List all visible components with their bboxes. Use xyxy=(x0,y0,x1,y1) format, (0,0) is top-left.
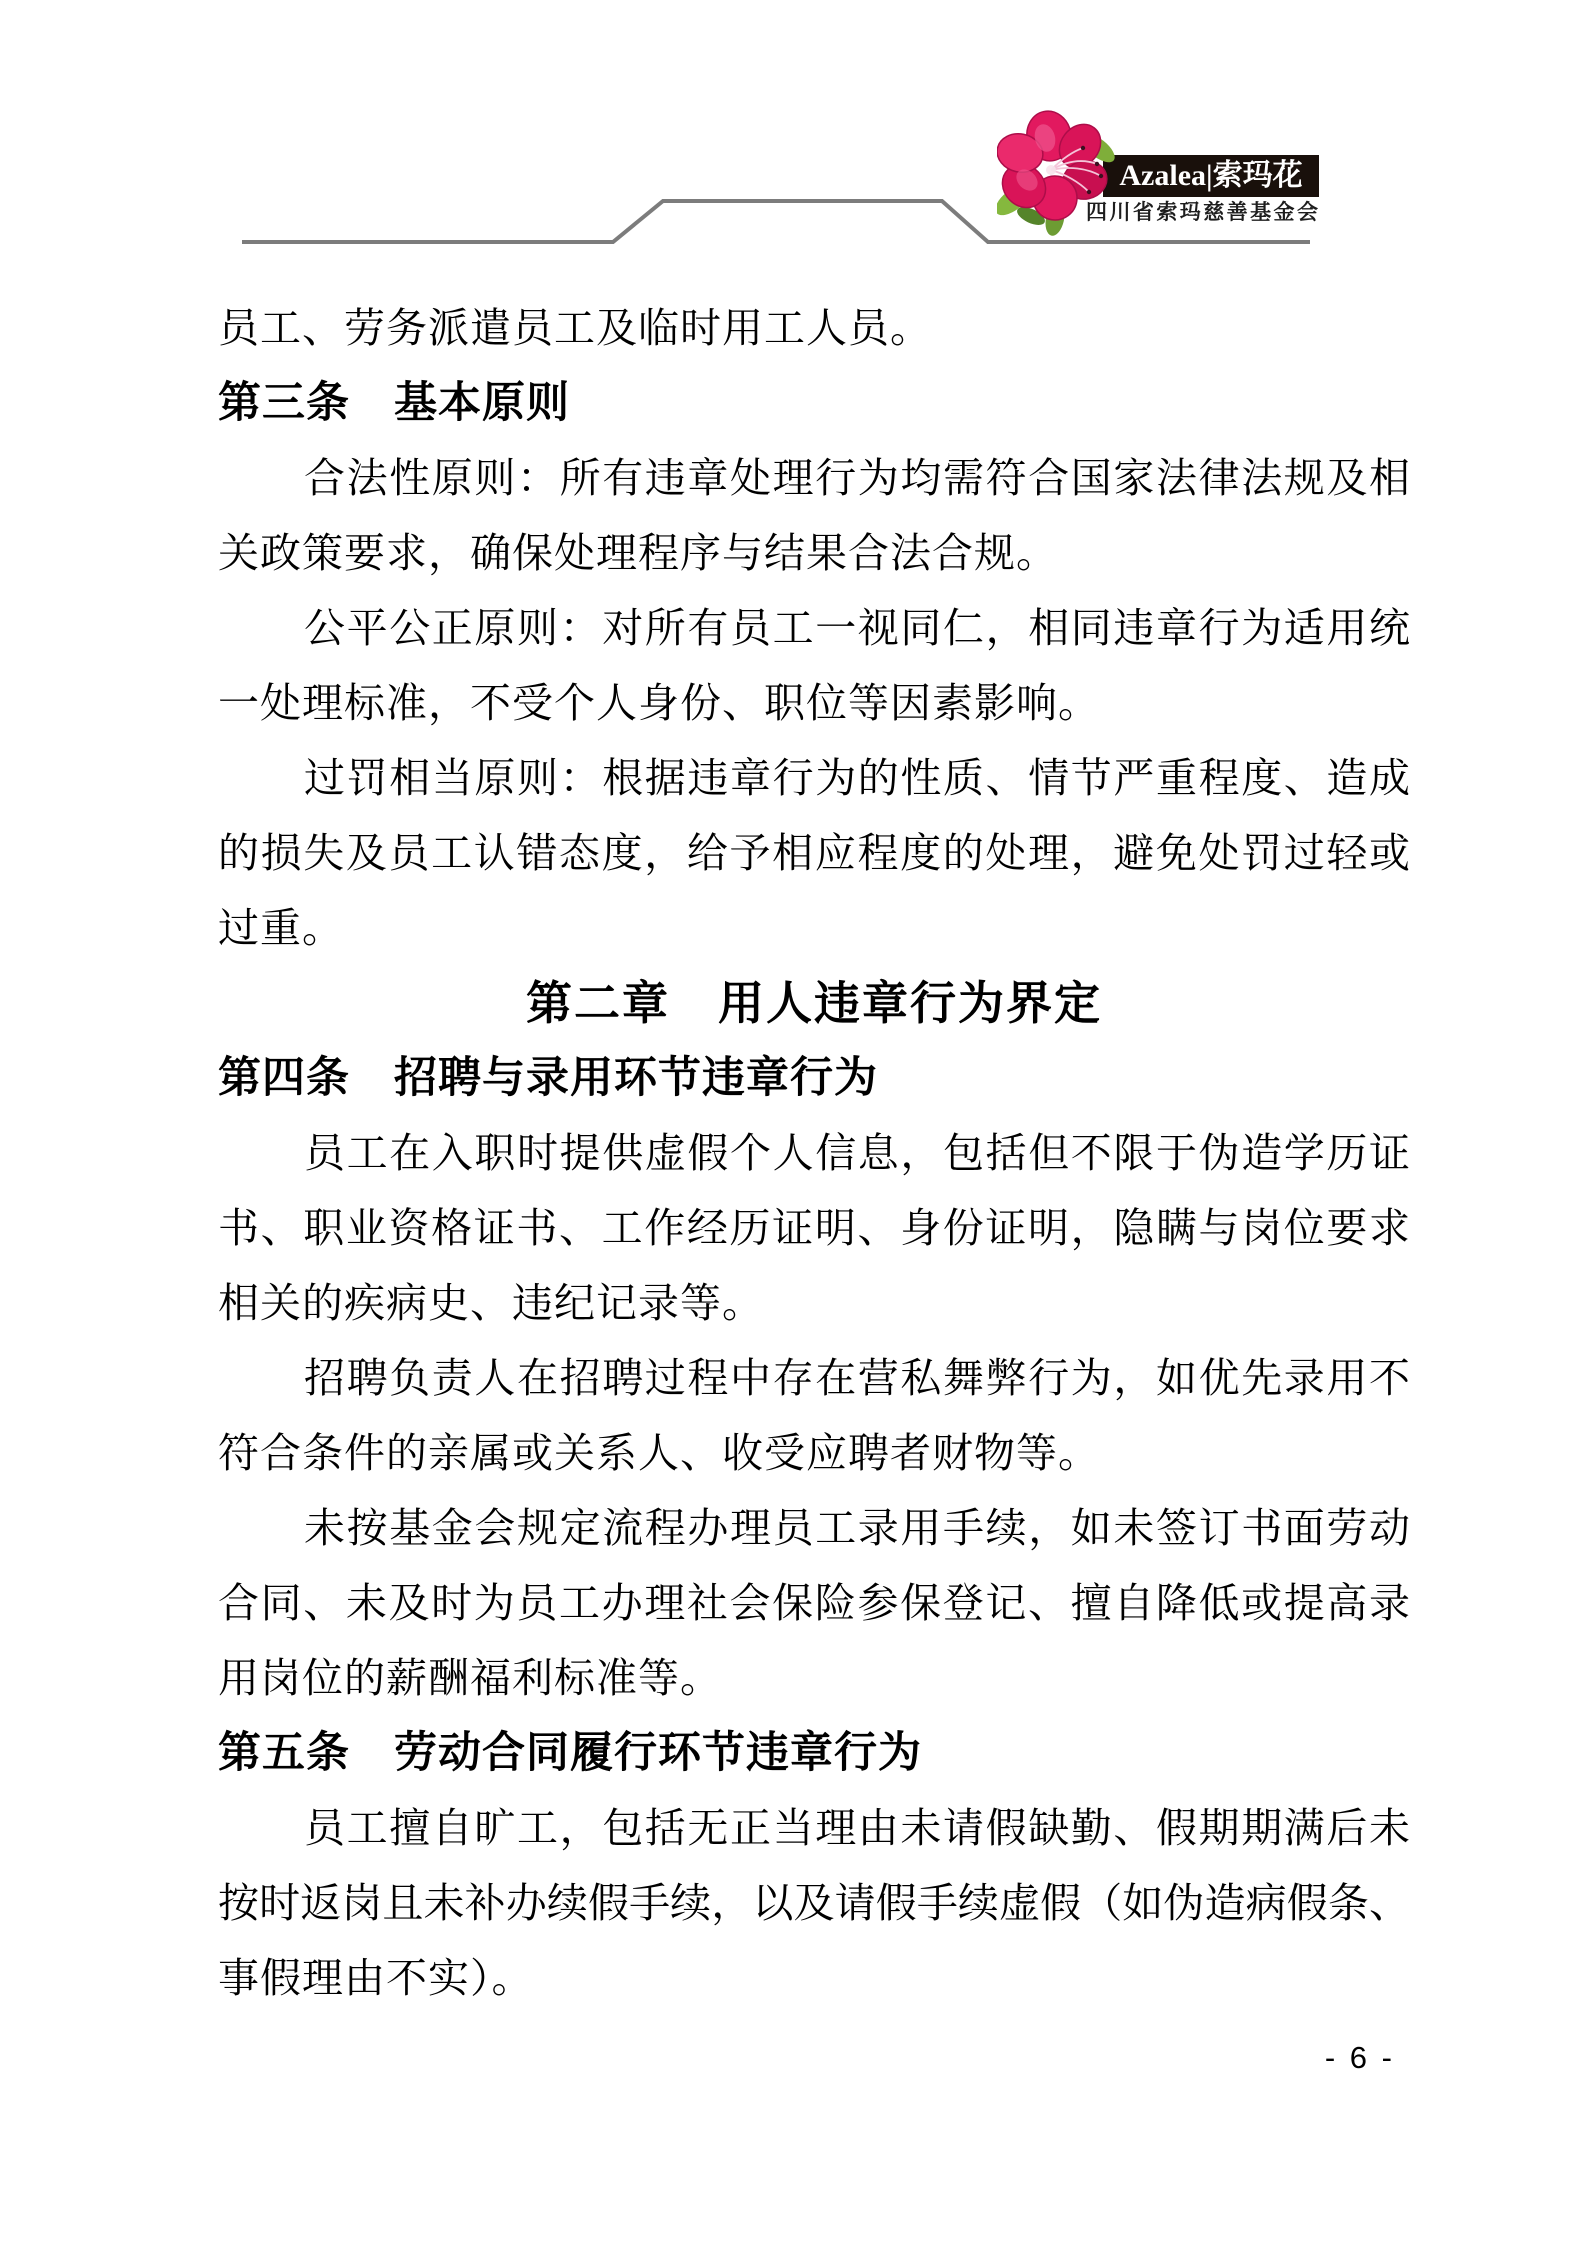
azalea-flower-icon xyxy=(997,108,1119,236)
body-text-line: 一处理标准，不受个人身份、职位等因素影响。 xyxy=(218,666,1410,741)
body-text-line: 未按基金会规定流程办理员工录用手续，如未签订书面劳动 xyxy=(218,1491,1410,1566)
body-text-line: 书、职业资格证书、工作经历证明、身份证明，隐瞒与岗位要求 xyxy=(218,1191,1410,1266)
body-text-line: 的损失及员工认错态度，给予相应程度的处理，避免处罚过轻或 xyxy=(218,816,1410,891)
document-body: 员工、劳务派遣员工及临时用工人员。 第三条 基本原则 合法性原则：所有违章处理行… xyxy=(218,291,1410,2016)
article-heading: 第五条 劳动合同履行环节违章行为 xyxy=(218,1716,1410,1791)
body-text-line: 员工在入职时提供虚假个人信息，包括但不限于伪造学历证 xyxy=(218,1116,1410,1191)
body-text-line: 招聘负责人在招聘过程中存在营私舞弊行为，如优先录用不 xyxy=(218,1341,1410,1416)
body-text-line: 员工、劳务派遣员工及临时用工人员。 xyxy=(218,291,1410,366)
brand-bar: Azalea|索玛花 xyxy=(1103,155,1319,197)
body-text-line: 符合条件的亲属或关系人、收受应聘者财物等。 xyxy=(218,1416,1410,1491)
body-text-line: 关政策要求，确保处理程序与结果合法合规。 xyxy=(218,516,1410,591)
brand-organization: 四川省索玛慈善基金会 xyxy=(1086,199,1318,225)
body-text-line: 员工擅自旷工，包括无正当理由未请假缺勤、假期期满后未 xyxy=(218,1791,1410,1866)
article-heading: 第四条 招聘与录用环节违章行为 xyxy=(218,1041,1410,1116)
article-heading: 第三条 基本原则 xyxy=(218,366,1410,441)
body-text-line: 事假理由不实）。 xyxy=(218,1941,1410,2016)
body-text-line: 用岗位的薪酬福利标准等。 xyxy=(218,1641,1410,1716)
body-text-line: 按时返岗且未补办续假手续，以及请假手续虚假（如伪造病假条、 xyxy=(218,1866,1410,1941)
header-divider-line xyxy=(0,0,1587,260)
chapter-heading: 第二章 用人违章行为界定 xyxy=(218,966,1410,1041)
body-text-line: 合法性原则：所有违章处理行为均需符合国家法律法规及相 xyxy=(218,441,1410,516)
brand-title: Azalea|索玛花 xyxy=(1119,159,1302,192)
body-text-line: 相关的疾病史、违纪记录等。 xyxy=(218,1266,1410,1341)
body-text-line: 过重。 xyxy=(218,891,1410,966)
body-text-line: 过罚相当原则：根据违章行为的性质、情节严重程度、造成 xyxy=(218,741,1410,816)
body-text-line: 公平公正原则：对所有员工一视同仁，相同违章行为适用统 xyxy=(218,591,1410,666)
page-number: - 6 - xyxy=(1325,2040,1395,2076)
document-page: Azalea|索玛花 四川省索玛慈善基金会 员工、劳务派遣员工及临时用工人员。 … xyxy=(0,0,1587,2245)
body-text-line: 合同、未及时为员工办理社会保险参保登记、擅自降低或提高录 xyxy=(218,1566,1410,1641)
